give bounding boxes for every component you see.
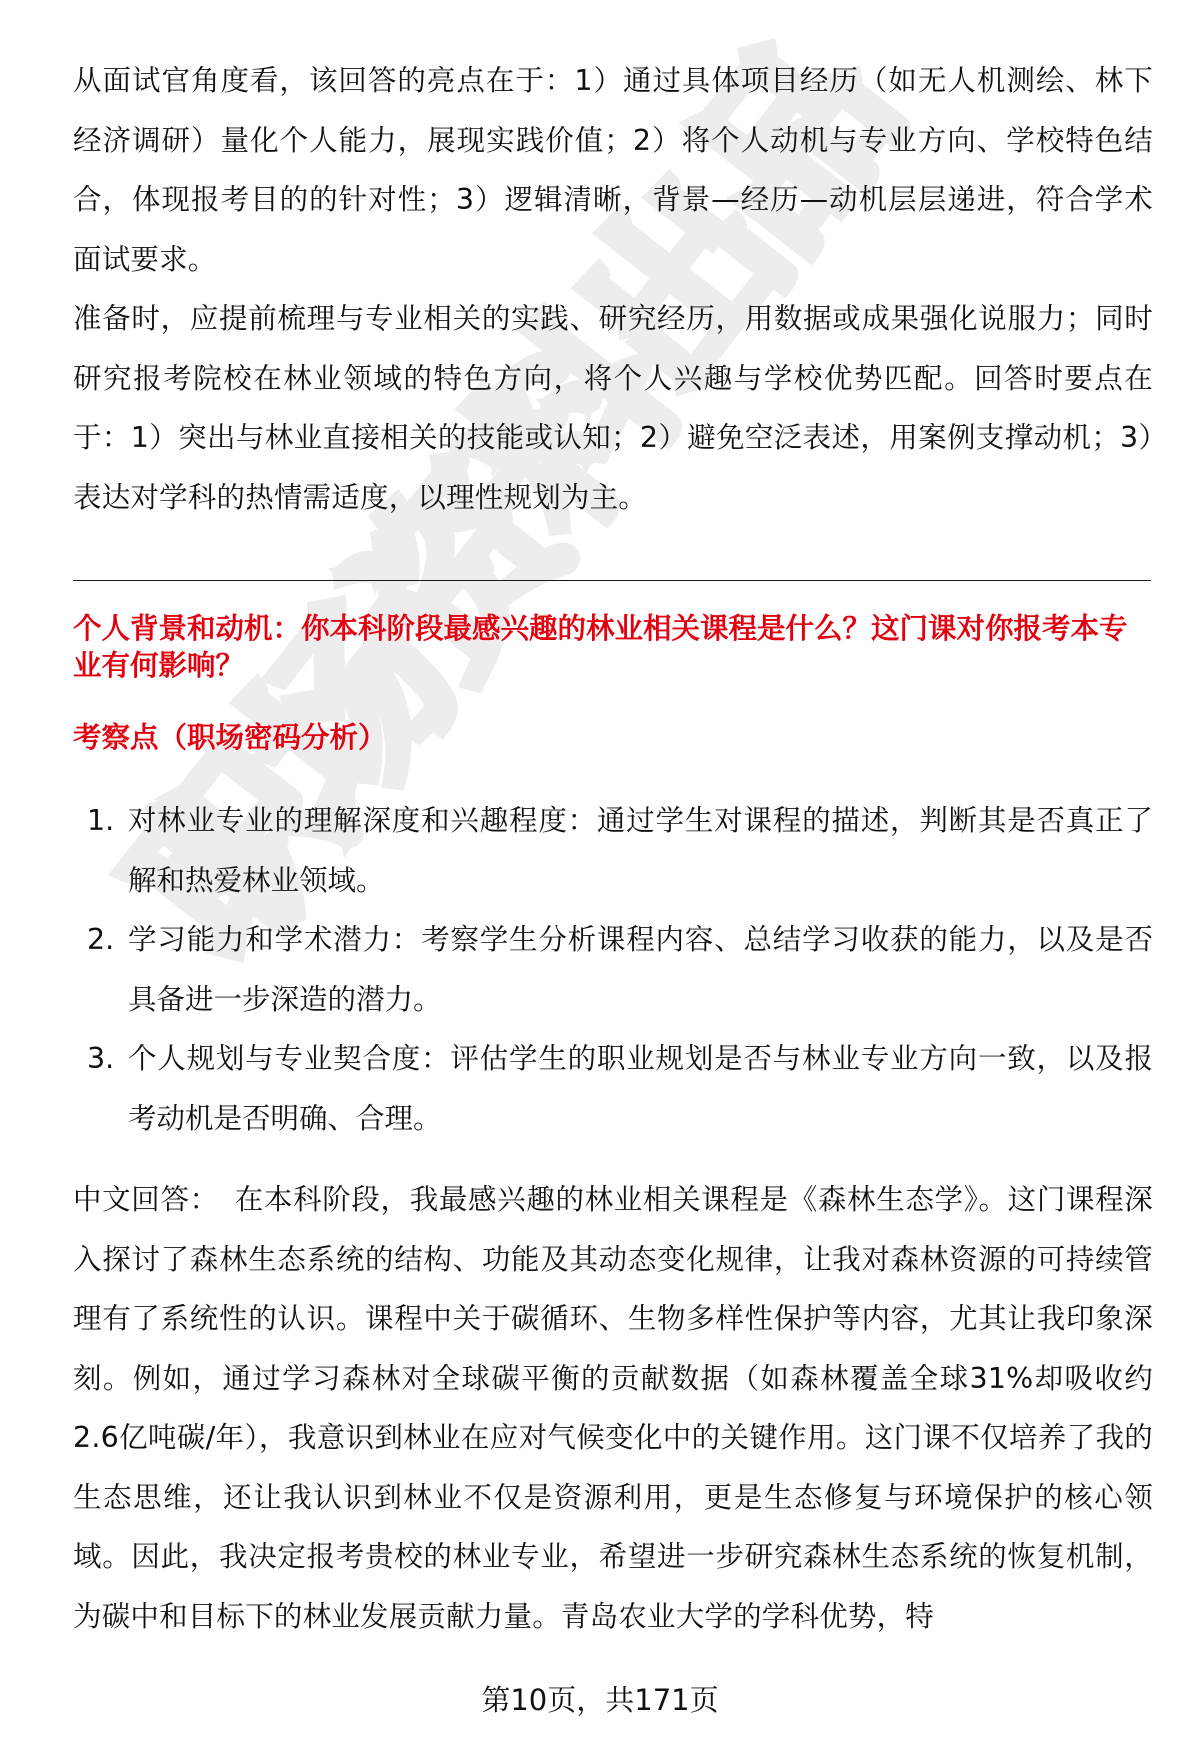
commentary-paragraph-highlights: 从面试官角度看，该回答的亮点在于：1）通过具体项目经历（如无人机测绘、林下经济调… <box>73 51 1153 289</box>
answer-paragraph: 中文回答：在本科阶段，我最感兴趣的林业相关课程是《森林生态学》。这门课程深入探讨… <box>73 1170 1153 1646</box>
list-item-text: 对林业专业的理解深度和兴趣程度：通过学生对课程的描述，判断其是否真正了解和热爱林… <box>128 804 1153 897</box>
list-item-number: 3. <box>87 1029 114 1089</box>
list-item-number: 1. <box>87 791 114 851</box>
analysis-list-block: 1. 对林业专业的理解深度和兴趣程度：通过学生对课程的描述，判断其是否真正了解和… <box>73 791 1153 1148</box>
previous-answer-commentary: 从面试官角度看，该回答的亮点在于：1）通过具体项目经历（如无人机测绘、林下经济调… <box>73 51 1153 527</box>
list-item-number: 2. <box>87 910 114 970</box>
answer-text: 在本科阶段，我最感兴趣的林业相关课程是《森林生态学》。这门课程深入探讨了森林生态… <box>73 1183 1153 1633</box>
list-item-text: 学习能力和学术潜力：考察学生分析课程内容、总结学习收获的能力，以及是否具备进一步… <box>128 923 1153 1016</box>
analysis-heading-block: 考察点（职场密码分析） <box>73 719 1153 756</box>
list-item: 2. 学习能力和学术潜力：考察学生分析课程内容、总结学习收获的能力，以及是否具备… <box>73 910 1153 1029</box>
page-number-footer: 第10页，共171页 <box>0 1680 1200 1720</box>
list-item: 3. 个人规划与专业契合度：评估学生的职业规划是否与林业专业方向一致，以及报考动… <box>73 1029 1153 1148</box>
answer-label: 中文回答： <box>73 1183 219 1216</box>
question-title: 个人背景和动机：你本科阶段最感兴趣的林业相关课程是什么？这门课对你报考本专业有何… <box>73 610 1153 684</box>
question-block: 个人背景和动机：你本科阶段最感兴趣的林业相关课程是什么？这门课对你报考本专业有何… <box>73 610 1153 684</box>
list-item: 1. 对林业专业的理解深度和兴趣程度：通过学生对课程的描述，判断其是否真正了解和… <box>73 791 1153 910</box>
analysis-list: 1. 对林业专业的理解深度和兴趣程度：通过学生对课程的描述，判断其是否真正了解和… <box>73 791 1153 1148</box>
list-item-text: 个人规划与专业契合度：评估学生的职业规划是否与林业专业方向一致，以及报考动机是否… <box>128 1042 1153 1135</box>
commentary-paragraph-preparation: 准备时，应提前梳理与专业相关的实践、研究经历，用数据或成果强化说服力；同时研究报… <box>73 289 1153 527</box>
answer-block: 中文回答：在本科阶段，我最感兴趣的林业相关课程是《森林生态学》。这门课程深入探讨… <box>73 1170 1153 1646</box>
section-divider <box>73 580 1151 581</box>
analysis-heading: 考察点（职场密码分析） <box>73 719 1153 756</box>
document-page: 从面试官角度看，该回答的亮点在于：1）通过具体项目经历（如无人机测绘、林下经济调… <box>0 0 1200 1755</box>
